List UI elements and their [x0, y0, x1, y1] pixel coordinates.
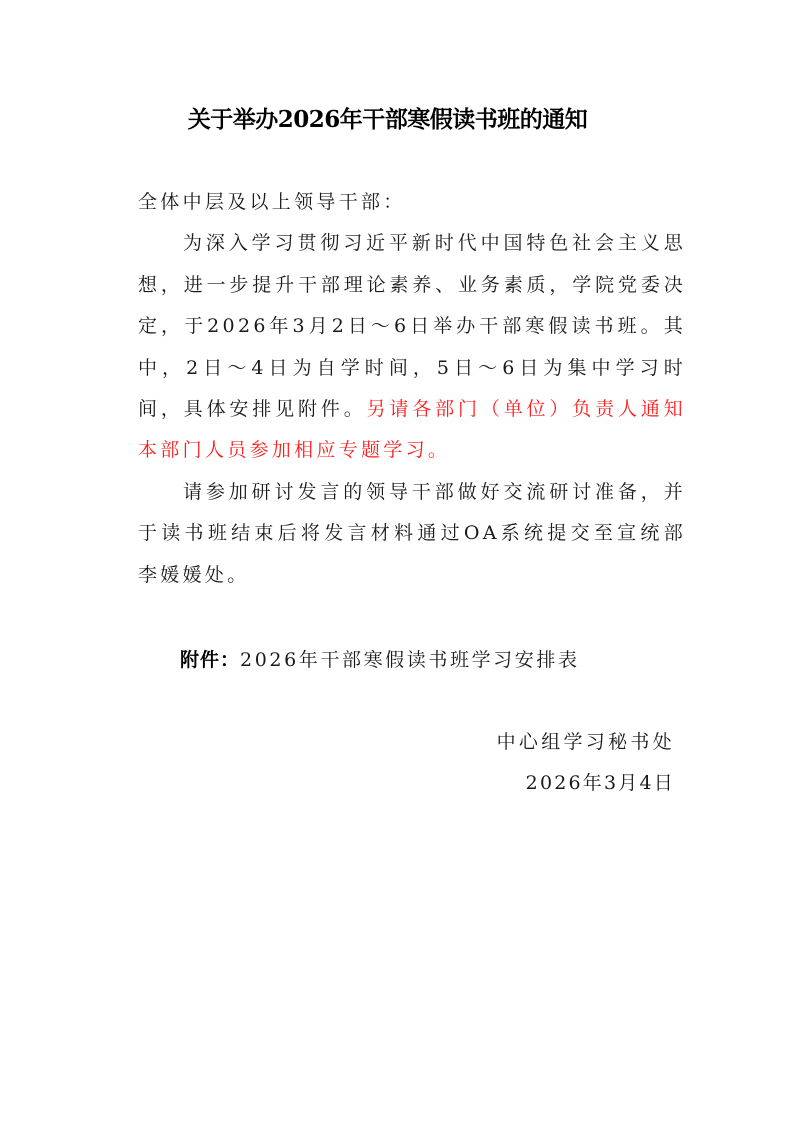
document-date: 2026年3月4日 [526, 767, 675, 799]
attachment-line: 附件：2026年干部寒假读书班学习安排表 [180, 644, 580, 676]
document-body: 全体中层及以上领导干部： 为深入学习贯彻习近平新时代中国特色社会主义思想，进一步… [138, 182, 686, 596]
document-title: 关于举办2026年干部寒假读书班的通知 [0, 104, 793, 136]
signature: 中心组学习秘书处 [497, 726, 675, 758]
paragraph-1: 为深入学习贯彻习近平新时代中国特色社会主义思想，进一步提升干部理论素养、业务素质… [138, 223, 686, 471]
paragraph-2: 请参加研讨发言的领导干部做好交流研讨准备，并于读书班结束后将发言材料通过OA系统… [138, 472, 686, 596]
document-page: 关于举办2026年干部寒假读书班的通知 全体中层及以上领导干部： 为深入学习贯彻… [0, 0, 793, 1122]
paragraph-1-text: 为深入学习贯彻习近平新时代中国特色社会主义思想，进一步提升干部理论素养、业务素质… [138, 232, 686, 420]
attachment-text: 2026年干部寒假读书班学习安排表 [240, 649, 580, 671]
attachment-label: 附件： [180, 649, 240, 671]
salutation: 全体中层及以上领导干部： [138, 182, 686, 223]
paragraph-2-text: 请参加研讨发言的领导干部做好交流研讨准备，并于读书班结束后将发言材料通过OA系统… [138, 481, 686, 586]
